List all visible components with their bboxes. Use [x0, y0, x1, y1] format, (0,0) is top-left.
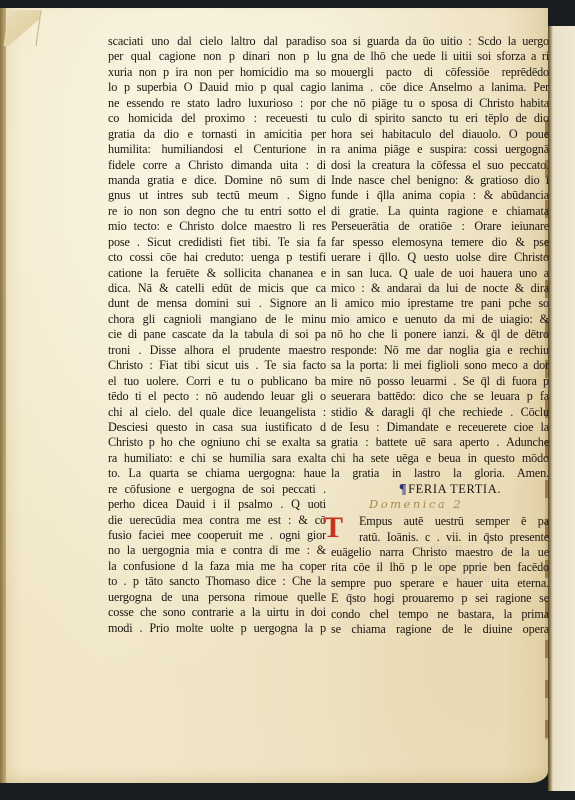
text-line: die uerecūdia mea contra me est : & cō [108, 513, 326, 528]
text-line: per qual cagione non p dinari non p lu [108, 49, 326, 64]
text-line: nō ho che li ponere ianzi. & q̄l de dētr… [331, 327, 549, 342]
text-line: mio tecto: e Christo dolce maestro li re… [108, 219, 326, 234]
text-line: la gratia in lastro la gloria. Amen. [331, 466, 549, 481]
text-line: catione la feruēte & sollicita chananea … [108, 266, 326, 281]
text-line: no la uergognia mia e contra di me : & [108, 543, 326, 558]
text-line: re cōfusione e uergogna de soi peccati . [108, 482, 326, 497]
text-line: Inde nasce chel benigno: & gratioso dio … [331, 173, 549, 188]
text-line: mio amico e uenuto da mi de uiagio: & [331, 312, 549, 327]
text-line: ra anima piāge e suspira: cossi uergognā [331, 142, 549, 157]
text-line: perho dicea Dauid i il psalmo . Q uoti [108, 497, 326, 512]
text-line: cosse che sono contrarie a la uirtu in d… [108, 605, 326, 620]
text-line: fidele corre a Christo dimanda uita : di [108, 158, 326, 173]
text-line: E q̄sto hogi prouaremo p sei ragione se [331, 591, 549, 606]
text-line: se chiama ragione de le diuine opera [331, 622, 549, 637]
text-line: cie di pane cascate da la tabula di soi … [108, 327, 326, 342]
text-line: dica. Nā & catelli edūt de micis que ca [108, 281, 326, 296]
text-line: euāgelio narra Christo maestro de la ue [331, 545, 549, 560]
text-line: tēdo ti el pecto : nō audendo leuar gli … [108, 389, 326, 404]
text-line: humilita: humiliandosi el Centurione in [108, 142, 326, 157]
text-column-left: scaciati uno dal cielo laltro dal paradi… [108, 34, 326, 636]
text-line: Empus autē uestrū semper ē pa [331, 514, 549, 529]
text-line: stidio & daragli q̄l che rechiede . Cōcl… [331, 405, 549, 420]
text-line: xuria non p ira non per homicidio ma so [108, 65, 326, 80]
text-line: re io non son degno che tu entri sotto e… [108, 204, 326, 219]
text-line: gratia : battete uē sara aperto . Adunch… [331, 435, 549, 450]
text-line: seuerara battēdo: dico che se leuara p f… [331, 389, 549, 404]
pilcrow-icon: ¶ [399, 482, 407, 497]
text-line: cto cossi cōe hai creduto: uenga p testi… [108, 250, 326, 265]
text-line: troni . Disse alhora el prudente maestro [108, 343, 326, 358]
text-line: dunt de mensa domini sui . Signore an [108, 296, 326, 311]
text-line: condo chel tempo ne bastara, la prima [331, 607, 549, 622]
text-line: far spesso elemosyna temere dio & pse [331, 235, 549, 250]
text-line: Desciesi questo in casa sua iustificato … [108, 420, 326, 435]
text-line: lanima . cōe dice Anselmo a lanima. Per [331, 80, 549, 95]
text-line: ne essendo re stato ladro luxurioso : po… [108, 96, 326, 111]
text-column-right: soa si guarda da ūo uitio : Scdo la uerg… [331, 34, 549, 638]
text-line: lo p superbia O Dauid mio p qual cagio [108, 80, 326, 95]
right-column-body: soa si guarda da ūo uitio : Scdo la uerg… [331, 34, 549, 482]
text-line: mire nō posso leuarmi . Se q̄l di fuora … [331, 374, 549, 389]
text-line: mico : & andarai da lui de nocte & dira [331, 281, 549, 296]
text-line: culo di spirito sancto tu eri tēplo de d… [331, 111, 549, 126]
text-line: uergogna de una persona rimoue quelle [108, 590, 326, 605]
text-line: gna de lhō che uede li uitii soi sforza … [331, 49, 549, 64]
text-line: la confusione d la faza mia me ha coper [108, 559, 326, 574]
text-line: to. La quarta se chiama uergogna: haue [108, 466, 326, 481]
facing-page-edge [548, 26, 575, 791]
text-line: hora sei habitaculo del diauolo. O poue [331, 127, 549, 142]
manuscript-annotation: Domenica 2 [369, 497, 549, 514]
text-line: chora gli cagnioli mangiano de le minu [108, 312, 326, 327]
text-line: soa si guarda da ūo uitio : Scdo la uerg… [331, 34, 549, 49]
text-line: co homicida del proximo : receuesti tu [108, 111, 326, 126]
text-line: scaciati uno dal cielo laltro dal paradi… [108, 34, 326, 49]
text-line: ra humiliato: e chi se humilia sara exal… [108, 451, 326, 466]
text-line: sa la porta: li mei figlioli sono meco a… [331, 358, 549, 373]
text-line: di gratie. La quinta ragione e chiamata [331, 204, 549, 219]
text-line: in san luca. Q uale de uoi hauera uno a [331, 266, 549, 281]
text-line: Christo p ho che ogniuno chi se exalta s… [108, 435, 326, 450]
folded-corner [3, 10, 41, 46]
text-line: uerare i q̄llo. Q uesto uolse dire Chris… [331, 250, 549, 265]
text-line: che nō piāge tu o sposa di Christo habit… [331, 96, 549, 111]
text-line: modi . Prio molte uolte p uergogna la p [108, 621, 326, 636]
text-line: chi ha sete uēga e beua in questo mōdo [331, 451, 549, 466]
rubricated-initial: T [323, 513, 343, 543]
text-line: Christo : Fiat tibi sicut uis . Te sia f… [108, 358, 326, 373]
text-line: li amico mio iprestame tre pani pche so [331, 296, 549, 311]
text-line: manda gratia e dice. Domine nō sum di [108, 173, 326, 188]
text-line: gnus ut intres sub tectū meum . Signo [108, 188, 326, 203]
text-line: pose . Sicut credidisti fiet tibi. Te si… [108, 235, 326, 250]
right-column-new-section: T Empus autē uestrū semper ē paratū. Ioā… [331, 514, 549, 638]
page-left-edge [0, 8, 6, 783]
text-line: sempre puo sperare e hauer uita eterna. [331, 576, 549, 591]
text-line: el tuo uolere. Corri e tu o publicano ba [108, 374, 326, 389]
text-line: gratia da dio e tornasti in amicitia per [108, 127, 326, 142]
text-line: funde i q̄lla anima copia : & abūdancia [331, 188, 549, 203]
text-line: responde: Nō me dar noglia gia e rechiu [331, 343, 549, 358]
text-line: mouergli pacto di cōfessiōe reprēdēdo [331, 65, 549, 80]
text-line: chi al cielo. del quale dice leuangelist… [108, 405, 326, 420]
text-line: ratū. Ioānis. c . vii. in q̄sto presente [331, 530, 549, 545]
text-line: fusio faciei mee cooperuit me . ogni gio… [108, 528, 326, 543]
text-line: to . p tāto sancto Thomaso dice : Che la [108, 574, 326, 589]
section-heading: ¶FERIA TERTIA. [351, 482, 549, 497]
section-heading-text: FERIA TERTIA. [408, 482, 501, 496]
text-line: rita cōe il lhō p le ope pprie ben facēd… [331, 560, 549, 575]
text-line: de Iesu : Dimandate e receuerete cioe la [331, 420, 549, 435]
text-line: Perseuerātia de oratiōe : Orare ieiunare [331, 219, 549, 234]
text-line: dosi la creatura la cōfessa el suo pecca… [331, 158, 549, 173]
